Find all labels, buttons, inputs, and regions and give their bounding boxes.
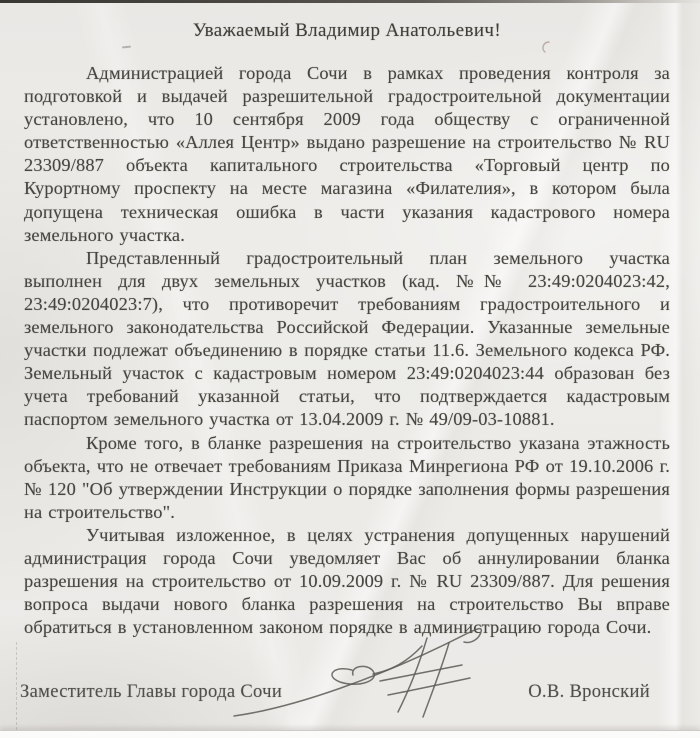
paragraph-3: Кроме того, в бланке разрешения на строи… (24, 432, 670, 524)
paragraph-2: Представленный градостроительный план зе… (24, 247, 670, 432)
paragraph-4: Учитывая изложенное, в целях устранения … (24, 524, 670, 639)
scanned-letter: Уважаемый Владимир Анатольевич! Админист… (0, 0, 700, 738)
paper-fold-line (16, 642, 17, 730)
letter-body: Уважаемый Владимир Анатольевич! Админист… (0, 0, 700, 703)
signature-block: Заместитель Главы города Сочи О.В. Вронс… (20, 681, 670, 703)
scan-pen-mark (540, 40, 552, 54)
salutation: Уважаемый Владимир Анатольевич! (24, 20, 670, 42)
paragraph-1: Администрацией города Сочи в рамках пров… (24, 62, 670, 247)
signer-name: О.В. Вронский (528, 681, 650, 703)
scan-bottom-edge (0, 730, 700, 738)
signer-title: Заместитель Главы города Сочи (20, 681, 282, 703)
